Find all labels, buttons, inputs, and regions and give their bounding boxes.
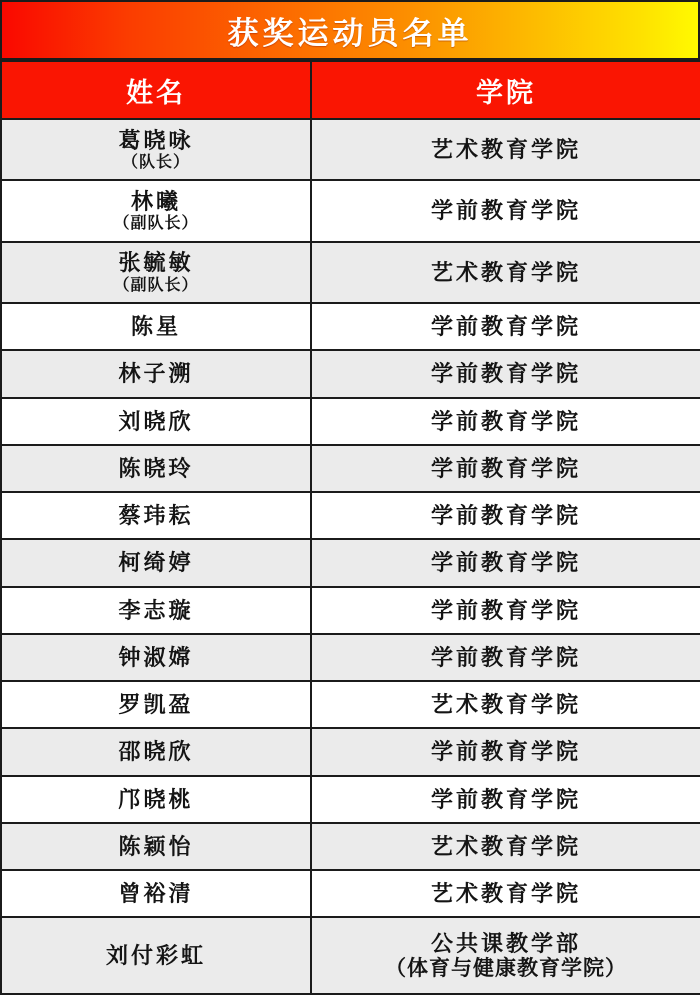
college-cell: 学前教育学院	[311, 445, 700, 492]
college-name: 学前教育学院	[312, 645, 700, 670]
athlete-name: 林曦	[2, 189, 310, 214]
college-name: 艺术教育学院	[312, 260, 700, 285]
table-row: 曾裕清 艺术教育学院	[1, 870, 700, 917]
athlete-name: 钟淑嫦	[2, 645, 310, 670]
college-name: 学前教育学院	[312, 314, 700, 339]
awards-document: 获奖运动员名单 姓名 学院 葛晓咏 （队长） 艺术教育学院 林曦 （副队长） 学…	[0, 0, 700, 995]
athlete-name: 陈颖怡	[2, 834, 310, 859]
page-title: 获奖运动员名单	[228, 8, 473, 53]
athlete-name-cell: 陈晓玲	[1, 445, 311, 492]
athlete-name-cell: 曾裕清	[1, 870, 311, 917]
college-name: 学前教育学院	[312, 550, 700, 575]
athlete-name: 邝晓桃	[2, 787, 310, 812]
college-cell: 艺术教育学院	[311, 823, 700, 870]
college-cell: 学前教育学院	[311, 776, 700, 823]
college-cell: 学前教育学院	[311, 587, 700, 634]
athlete-name: 李志璇	[2, 598, 310, 623]
college-cell: 学前教育学院	[311, 492, 700, 539]
athlete-role: （队长）	[2, 154, 310, 172]
college-cell: 学前教育学院	[311, 303, 700, 350]
athlete-name: 罗凯盈	[2, 692, 310, 717]
college-name: 学前教育学院	[312, 361, 700, 386]
athlete-name-cell: 林曦 （副队长）	[1, 180, 311, 241]
athlete-name-cell: 葛晓咏 （队长）	[1, 119, 311, 180]
athlete-name: 曾裕清	[2, 881, 310, 906]
college-name: 学前教育学院	[312, 198, 700, 223]
college-name: 学前教育学院	[312, 739, 700, 764]
athlete-name-cell: 邵晓欣	[1, 728, 311, 775]
athlete-name-cell: 刘付彩虹	[1, 917, 311, 994]
table-row: 陈晓玲 学前教育学院	[1, 445, 700, 492]
athlete-name-cell: 陈星	[1, 303, 311, 350]
athlete-name: 邵晓欣	[2, 739, 310, 764]
college-cell: 公共课教学部 （体育与健康教育学院）	[311, 917, 700, 994]
college-sub: （体育与健康教育学院）	[312, 956, 700, 981]
title-banner: 获奖运动员名单	[0, 0, 700, 60]
college-cell: 学前教育学院	[311, 728, 700, 775]
table-row: 蔡玮耘 学前教育学院	[1, 492, 700, 539]
athlete-name: 刘晓欣	[2, 409, 310, 434]
college-cell: 艺术教育学院	[311, 119, 700, 180]
table-row: 邝晓桃 学前教育学院	[1, 776, 700, 823]
college-name: 学前教育学院	[312, 503, 700, 528]
athlete-name-cell: 刘晓欣	[1, 398, 311, 445]
table-row: 林子溯 学前教育学院	[1, 350, 700, 397]
table-row: 罗凯盈 艺术教育学院	[1, 681, 700, 728]
athlete-name-cell: 张毓敏 （副队长）	[1, 242, 311, 303]
table-row: 刘付彩虹 公共课教学部 （体育与健康教育学院）	[1, 917, 700, 994]
athlete-name-cell: 柯绮婷	[1, 539, 311, 586]
college-name: 艺术教育学院	[312, 692, 700, 717]
table-row: 柯绮婷 学前教育学院	[1, 539, 700, 586]
college-name: 学前教育学院	[312, 456, 700, 481]
column-header-college: 学院	[311, 61, 700, 119]
table-row: 陈星 学前教育学院	[1, 303, 700, 350]
athlete-name-cell: 李志璇	[1, 587, 311, 634]
athlete-name-cell: 林子溯	[1, 350, 311, 397]
table-row: 刘晓欣 学前教育学院	[1, 398, 700, 445]
college-name: 学前教育学院	[312, 409, 700, 434]
table-row: 邵晓欣 学前教育学院	[1, 728, 700, 775]
athlete-name-cell: 邝晓桃	[1, 776, 311, 823]
college-cell: 艺术教育学院	[311, 870, 700, 917]
table-row: 李志璇 学前教育学院	[1, 587, 700, 634]
college-name: 艺术教育学院	[312, 881, 700, 906]
athlete-name: 蔡玮耘	[2, 503, 310, 528]
table-header-row: 姓名 学院	[1, 61, 700, 119]
college-cell: 艺术教育学院	[311, 681, 700, 728]
table-row: 钟淑嫦 学前教育学院	[1, 634, 700, 681]
column-header-name: 姓名	[1, 61, 311, 119]
college-name: 艺术教育学院	[312, 137, 700, 162]
athlete-name: 林子溯	[2, 361, 310, 386]
athlete-name: 陈星	[2, 314, 310, 339]
athlete-name: 柯绮婷	[2, 550, 310, 575]
athlete-name-cell: 罗凯盈	[1, 681, 311, 728]
table-row: 林曦 （副队长） 学前教育学院	[1, 180, 700, 241]
athlete-role: （副队长）	[2, 215, 310, 233]
table-row: 陈颖怡 艺术教育学院	[1, 823, 700, 870]
college-cell: 学前教育学院	[311, 180, 700, 241]
table-row: 葛晓咏 （队长） 艺术教育学院	[1, 119, 700, 180]
college-cell: 学前教育学院	[311, 539, 700, 586]
athlete-name: 张毓敏	[2, 250, 310, 275]
table-row: 张毓敏 （副队长） 艺术教育学院	[1, 242, 700, 303]
college-cell: 学前教育学院	[311, 634, 700, 681]
athlete-name-cell: 钟淑嫦	[1, 634, 311, 681]
college-cell: 艺术教育学院	[311, 242, 700, 303]
athlete-name: 葛晓咏	[2, 128, 310, 153]
college-name: 学前教育学院	[312, 787, 700, 812]
athlete-name-cell: 蔡玮耘	[1, 492, 311, 539]
college-name: 艺术教育学院	[312, 834, 700, 859]
college-cell: 学前教育学院	[311, 350, 700, 397]
athlete-name: 刘付彩虹	[2, 943, 310, 968]
college-cell: 学前教育学院	[311, 398, 700, 445]
college-name: 学前教育学院	[312, 598, 700, 623]
college-name: 公共课教学部	[312, 931, 700, 956]
athlete-name-cell: 陈颖怡	[1, 823, 311, 870]
awards-table: 姓名 学院 葛晓咏 （队长） 艺术教育学院 林曦 （副队长） 学前教育学院 张毓…	[0, 60, 700, 995]
athlete-name: 陈晓玲	[2, 456, 310, 481]
athlete-role: （副队长）	[2, 277, 310, 295]
